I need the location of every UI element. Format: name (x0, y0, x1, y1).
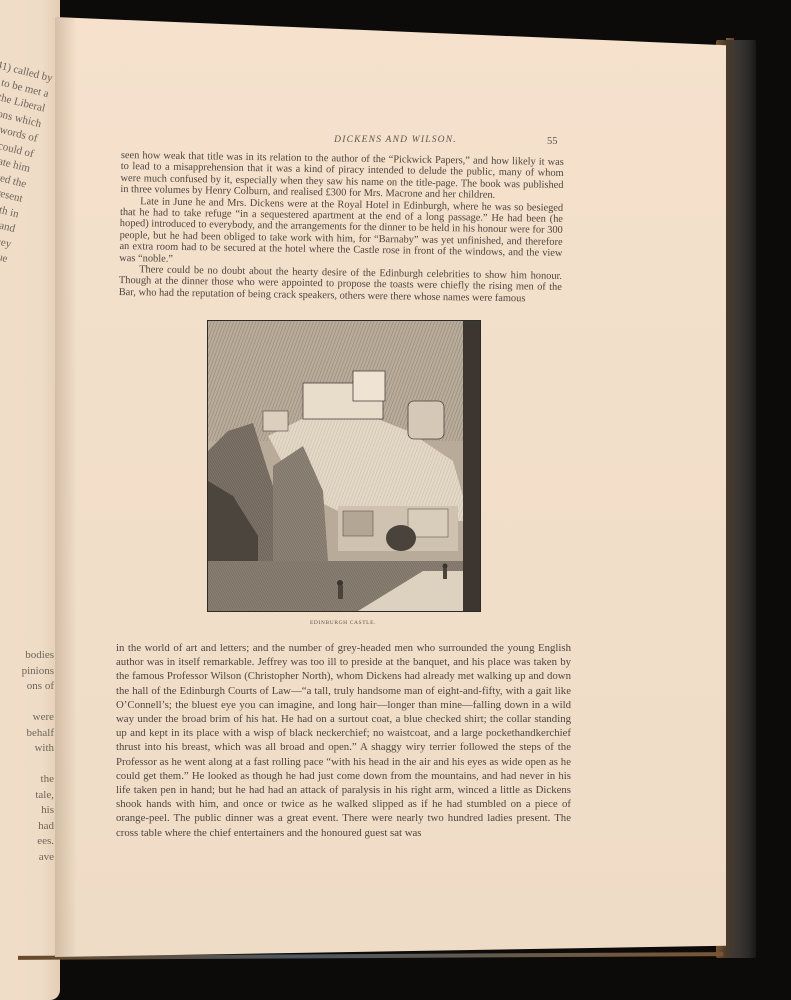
left-page-fragment-line: had (22, 819, 54, 835)
left-page-fragment-line: his (22, 803, 54, 819)
left-page-text-fragment-bottom: bodiespinionsons of werebehalfwith theta… (22, 648, 54, 865)
left-page-text-fragment-top: (1841) called byd to be met aon the Libe… (0, 55, 54, 268)
left-page-fragment-line (22, 757, 54, 773)
left-page-fragment-line: pinions (22, 664, 54, 680)
gutter-shadow (55, 17, 77, 957)
text-block-top: seen how weak that title was in its rela… (119, 150, 564, 305)
left-page-fragment-line: ons of (22, 679, 54, 695)
text-block-bottom: in the world of art and letters; and the… (116, 641, 571, 840)
left-page-fragment-line: the (22, 772, 54, 788)
left-page-fragment-line: ave (22, 850, 54, 866)
paragraph: in the world of art and letters; and the… (116, 641, 571, 840)
paragraph: seen how weak that title was in its rela… (120, 150, 564, 203)
illustration-caption: EDINBURGH CASTLE. (207, 620, 479, 626)
left-page-fragment-line: with (22, 741, 54, 757)
page-number: 55 (547, 136, 558, 147)
left-page-fragment-line (22, 695, 54, 711)
paragraph: Late in June he and Mrs. Dickens were at… (119, 196, 563, 271)
engraving-image-icon (208, 321, 480, 611)
facing-left-page: (1841) called byd to be met aon the Libe… (0, 0, 60, 1000)
edinburgh-castle-engraving (207, 320, 481, 612)
left-page-fragment-line: behalf (22, 726, 54, 742)
left-page-fragment-line: tale, (22, 788, 54, 804)
running-head: DICKENS AND WILSON. (0, 135, 791, 145)
left-page-fragment-line: ees. (22, 834, 54, 850)
paragraph: There could be no doubt about the hearty… (119, 264, 562, 305)
left-page-fragment-line: were (22, 710, 54, 726)
left-page-fragment-line: bodies (22, 648, 54, 664)
